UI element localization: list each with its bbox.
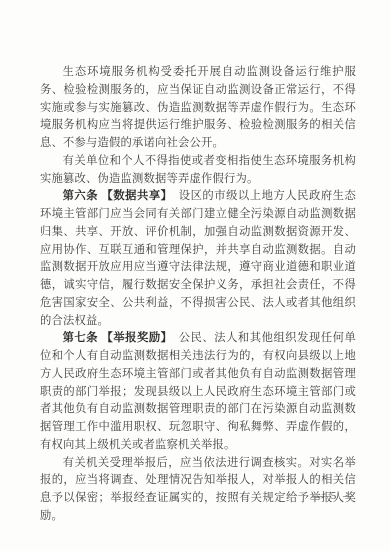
clause-heading: 第七条 【举报奖励】 bbox=[63, 332, 179, 344]
document-body: 生态环境服务机构受委托开展自动监测设备运行维护服务、检验检测服务的，应当保证自动… bbox=[40, 64, 356, 526]
paragraph: 有关机关受理举报后，应当依法进行调查核实。对实名举报的，应当将调查、处理情况告知… bbox=[40, 455, 356, 526]
paragraph: 第六条 【数据共享】设区的市级以上地方人民政府生态环境主管部门应当会同有关部门建… bbox=[40, 188, 356, 330]
paragraph-text: 生态环境服务机构受委托开展自动监测设备运行维护服务、检验检测服务的，应当保证自动… bbox=[40, 66, 356, 149]
paragraph-text: 公民、法人和其他组织发现任何单位和个人有自动监测数据相关违法行为的，有权向县级以… bbox=[40, 332, 356, 451]
paragraph: 有关单位和个人不得指使或者变相指使生态环境服务机构实施篡改、伪造监测数据等弄虚作… bbox=[40, 153, 356, 189]
clause-heading: 第六条 【数据共享】 bbox=[63, 190, 179, 202]
paragraph-text: 设区的市级以上地方人民政府生态环境主管部门应当会同有关部门建立健全污染源自动监测… bbox=[40, 190, 356, 326]
paragraph-text: 有关机关受理举报后，应当依法进行调查核实。对实名举报的，应当将调查、处理情况告知… bbox=[40, 457, 356, 522]
paragraph-text: 有关单位和个人不得指使或者变相指使生态环境服务机构实施篡改、伪造监测数据等弄虚作… bbox=[40, 155, 356, 185]
paragraph: 第七条 【举报奖励】公民、法人和其他组织发现任何单位和个人有自动监测数据相关违法… bbox=[40, 330, 356, 454]
page-number: — 5 — bbox=[313, 490, 356, 502]
document-page: 生态环境服务机构受委托开展自动监测设备运行维护服务、检验检测服务的，应当保证自动… bbox=[0, 0, 390, 551]
paragraph: 生态环境服务机构受委托开展自动监测设备运行维护服务、检验检测服务的，应当保证自动… bbox=[40, 64, 356, 153]
